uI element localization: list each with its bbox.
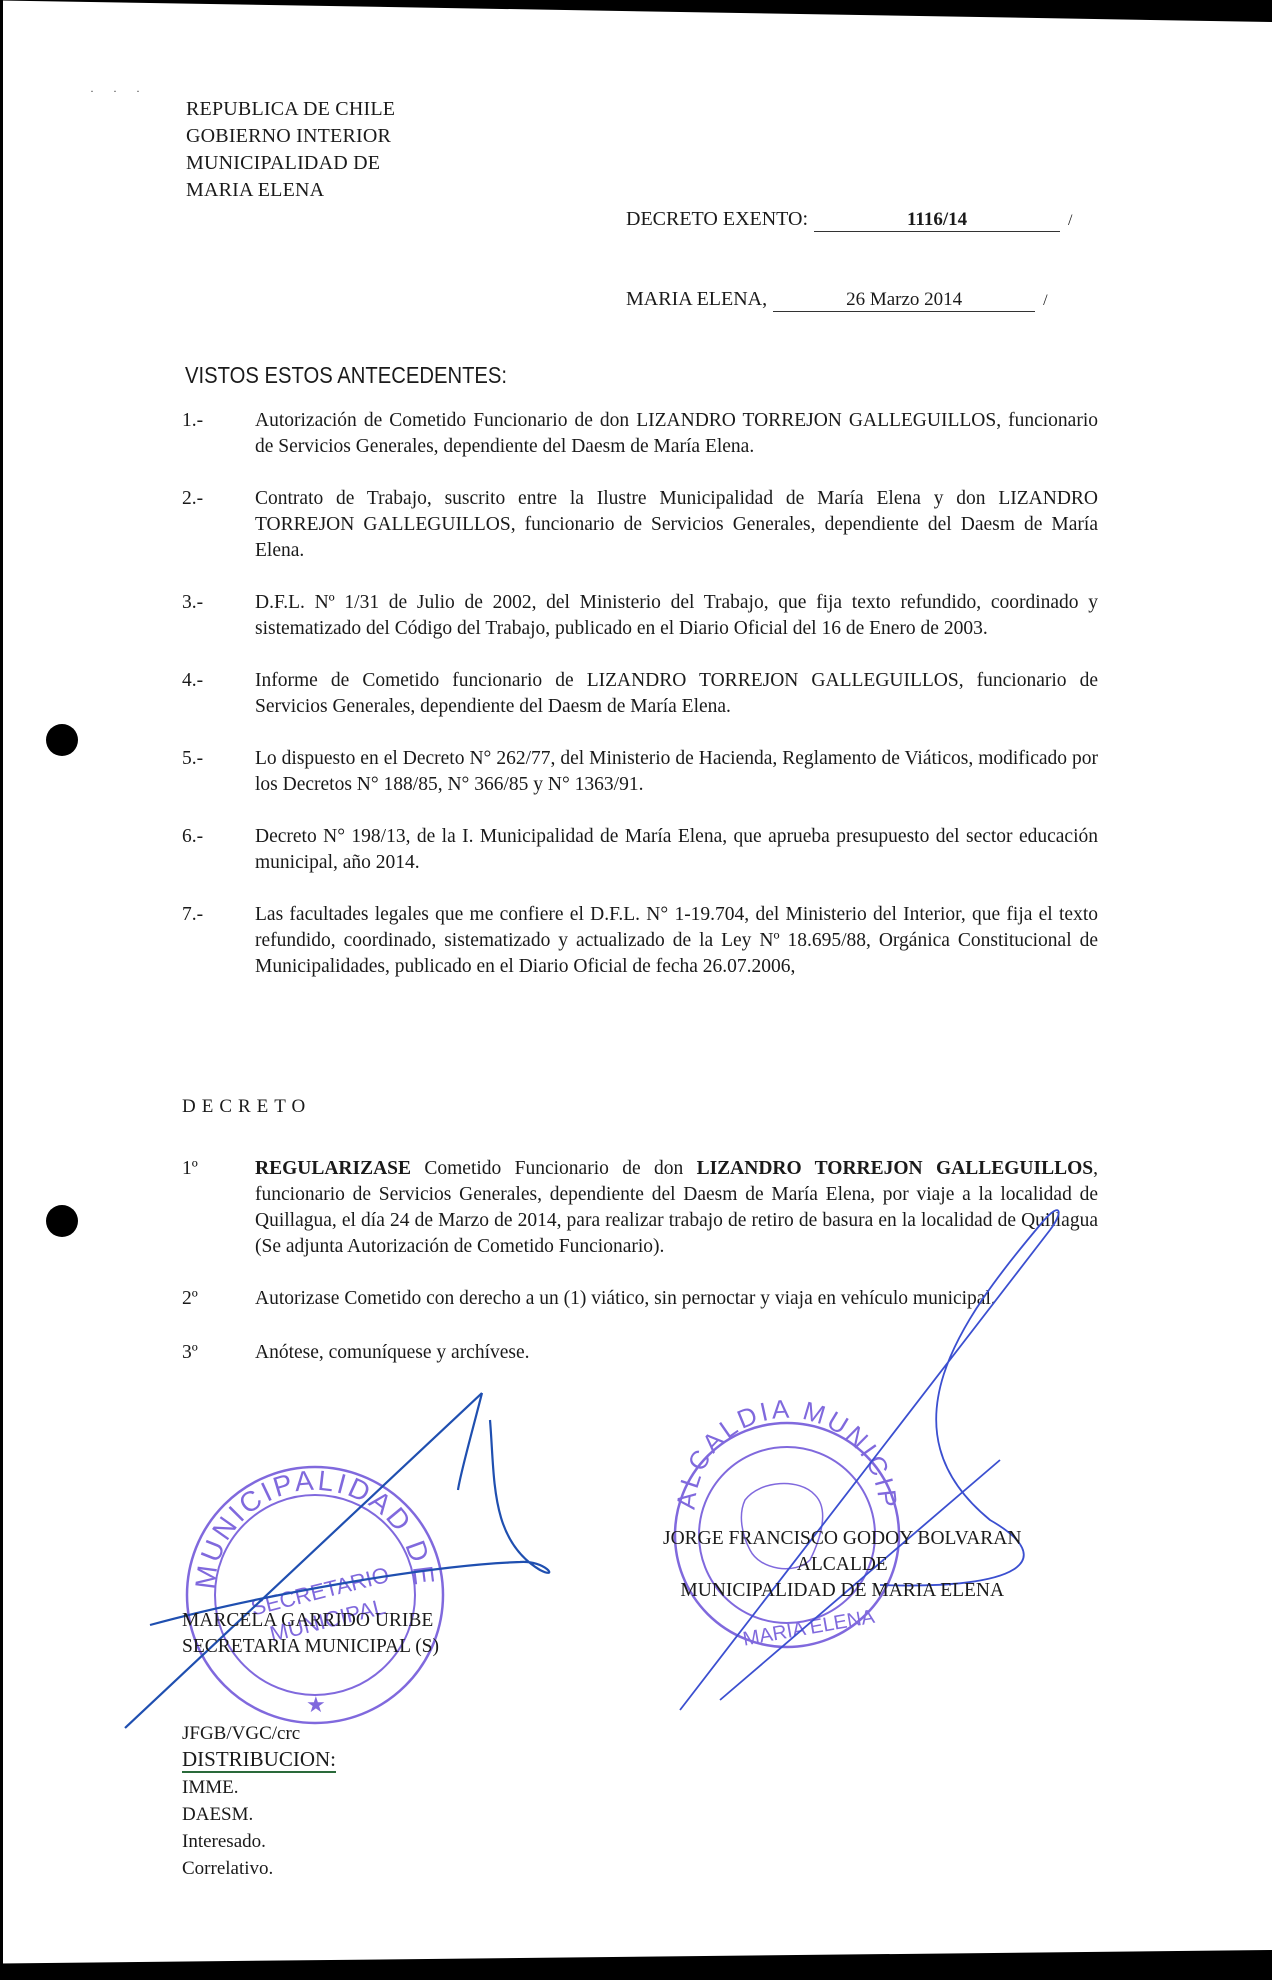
item-number: 2º: [182, 1286, 255, 1312]
item-text: Contrato de Trabajo, suscrito entre la I…: [255, 486, 1098, 564]
decreto-list: 1º REGULARIZASE Cometido Funcionario de …: [182, 1156, 1098, 1392]
decree-date-line: MARIA ELENA,26 Marzo 2014/: [626, 288, 1048, 312]
letterhead: REPUBLICA DE CHILE GOBIERNO INTERIOR MUN…: [186, 96, 395, 204]
scan-border-top: [0, 0, 1272, 22]
distribution-item: IMME.: [182, 1774, 336, 1801]
list-item: 4.- Informe de Cometido funcionario de L…: [182, 668, 1098, 720]
letterhead-line: MUNICIPALIDAD DE: [186, 150, 395, 177]
signatory-title: SECRETARIA MUNICIPAL (S): [182, 1634, 439, 1660]
decree-number-line: DECRETO EXENTO:1116/14/: [626, 208, 1072, 232]
secretary-signature-block: MARCELA GARRIDO URIBE SECRETARIA MUNICIP…: [182, 1608, 439, 1660]
letterhead-line: MARIA ELENA: [186, 177, 395, 204]
item-text: Informe de Cometido funcionario de LIZAN…: [255, 668, 1098, 720]
item-number: 5.-: [182, 746, 255, 798]
list-item: 5.- Lo dispuesto en el Decreto N° 262/77…: [182, 746, 1098, 798]
scan-border-bottom: [0, 1950, 1272, 1980]
item-text: REGULARIZASE Cometido Funcionario de don…: [255, 1156, 1098, 1260]
bold-text: REGULARIZASE: [255, 1158, 411, 1179]
item-number: 2.-: [182, 486, 255, 564]
item-text: Autorizase Cometido con derecho a un (1)…: [255, 1286, 1098, 1312]
letterhead-line: REPUBLICA DE CHILE: [186, 96, 395, 123]
signatory-title: ALCALDE: [663, 1552, 1021, 1578]
signatory-org: MUNICIPALIDAD DE MARIA ELENA: [663, 1578, 1021, 1604]
distribution-item: Correlativo.: [182, 1855, 336, 1882]
decree-number: 1116/14: [814, 209, 1060, 232]
distribution-item: DAESM.: [182, 1801, 336, 1828]
svg-text:★: ★: [306, 1692, 326, 1717]
vistos-title: VISTOS ESTOS ANTECEDENTES:: [185, 362, 507, 389]
letterhead-line: GOBIERNO INTERIOR: [186, 123, 395, 150]
list-item: 2º Autorizase Cometido con derecho a un …: [182, 1286, 1098, 1312]
item-number: 3º: [182, 1340, 255, 1366]
item-text: Anótese, comuníquese y archívese.: [255, 1340, 1098, 1366]
decree-date: 26 Marzo 2014: [773, 289, 1035, 312]
punch-hole: [46, 724, 78, 756]
item-number: 1.-: [182, 408, 255, 460]
bold-text: LIZANDRO TORREJON GALLEGUILLOS: [697, 1158, 1094, 1179]
item-number: 7.-: [182, 902, 255, 980]
item-text: Autorización de Cometido Funcionario de …: [255, 408, 1098, 460]
punch-hole: [46, 1205, 78, 1237]
distribution-block: JFGB/VGC/crc DISTRIBUCION: IMME. DAESM. …: [182, 1720, 336, 1882]
initials: JFGB/VGC/crc: [182, 1720, 336, 1747]
place-label: MARIA ELENA,: [626, 288, 767, 310]
item-text: Decreto N° 198/13, de la I. Municipalida…: [255, 824, 1098, 876]
signatory-name: MARCELA GARRIDO URIBE: [182, 1608, 439, 1634]
scan-border-left: [0, 0, 3, 1980]
list-item: 3.- D.F.L. Nº 1/31 de Julio de 2002, del…: [182, 590, 1098, 642]
decreto-heading: DECRETO: [182, 1096, 311, 1118]
secretary-signature: [125, 1393, 549, 1728]
distribution-item: Interesado.: [182, 1828, 336, 1855]
scan-specks: · · ·: [90, 84, 148, 99]
slash-mark: /: [1068, 212, 1072, 229]
item-text: Las facultades legales que me confiere e…: [255, 902, 1098, 980]
item-text: D.F.L. Nº 1/31 de Julio de 2002, del Min…: [255, 590, 1098, 642]
svg-text:MARIA ELENA: MARIA ELENA: [741, 1606, 877, 1651]
list-item: 1º REGULARIZASE Cometido Funcionario de …: [182, 1156, 1098, 1260]
list-item: 6.- Decreto N° 198/13, de la I. Municipa…: [182, 824, 1098, 876]
signatory-name: JORGE FRANCISCO GODOY BOLVARAN: [663, 1526, 1021, 1552]
item-number: 4.-: [182, 668, 255, 720]
vistos-list: 1.- Autorización de Cometido Funcionario…: [182, 408, 1098, 1006]
item-number: 3.-: [182, 590, 255, 642]
item-number: 6.-: [182, 824, 255, 876]
item-number: 1º: [182, 1156, 255, 1260]
item-text: Lo dispuesto en el Decreto N° 262/77, de…: [255, 746, 1098, 798]
slash-mark: /: [1043, 292, 1047, 309]
list-item: 7.- Las facultades legales que me confie…: [182, 902, 1098, 980]
list-item: 2.- Contrato de Trabajo, suscrito entre …: [182, 486, 1098, 564]
distribution-title: DISTRIBUCION:: [182, 1747, 336, 1773]
mayor-signature-block: JORGE FRANCISCO GODOY BOLVARAN ALCALDE M…: [663, 1526, 1021, 1604]
list-item: 1.- Autorización de Cometido Funcionario…: [182, 408, 1098, 460]
item-text-part: Cometido Funcionario de don: [411, 1158, 697, 1179]
decree-label: DECRETO EXENTO:: [626, 208, 808, 230]
list-item: 3º Anótese, comuníquese y archívese.: [182, 1340, 1098, 1366]
